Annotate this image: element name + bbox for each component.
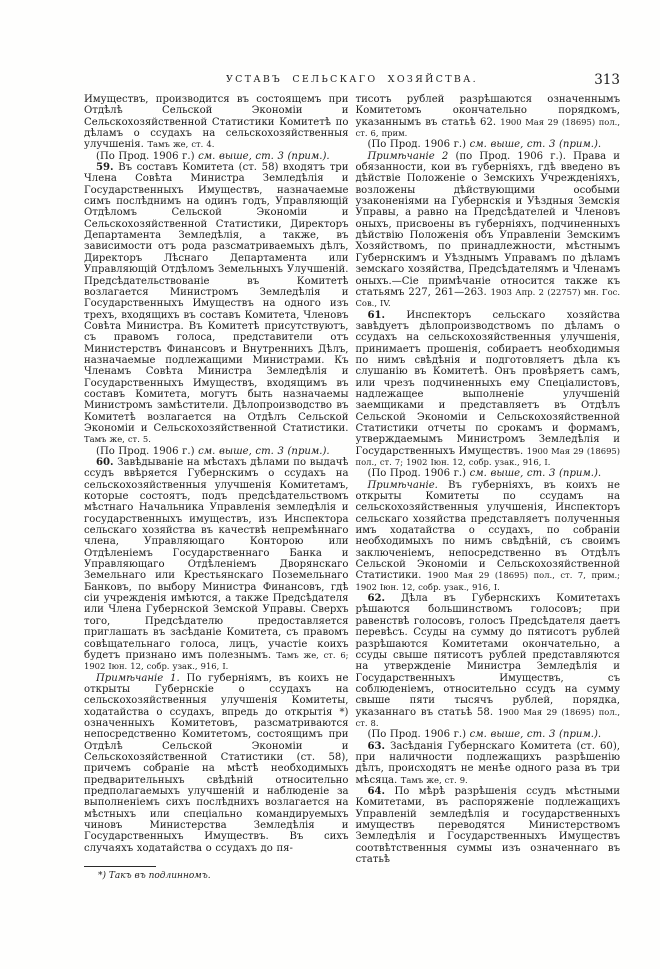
text-run: (По Прод. 1906 г.) <box>368 468 470 479</box>
text-run: Имуществъ, производится въ состоящемъ пр… <box>84 94 349 150</box>
text-run: 61. <box>368 310 386 321</box>
text-run: Тамъ же, ст. 5. <box>84 434 151 444</box>
text-run: Примѣчаніе 1. <box>96 673 180 684</box>
text-run: Засѣданія Губернскаго Комитета (ст. 60),… <box>356 741 621 786</box>
running-title: УСТАВЪ СЕЛЬСКАГО ХОЗЯЙСТВА. <box>84 74 620 85</box>
paragraph: (По Прод. 1906 г.) см. выше, ст. 3 (прим… <box>84 446 349 457</box>
text-run: (По Прод. 1906 г.) <box>96 151 198 162</box>
text-columns: Имуществъ, производится въ состоящемъ пр… <box>84 94 620 865</box>
paragraph: 64. По мѣрѣ разрѣшенія ссудъ мѣстными Ко… <box>356 786 621 865</box>
paragraph: (По Прод. 1906 г.) см. выше, ст. 3 (прим… <box>356 139 621 150</box>
text-run: Въ составъ Комитета (ст. 58) входятъ три… <box>84 162 349 434</box>
text-run: 64. <box>368 786 386 797</box>
page-number: 313 <box>594 72 620 88</box>
text-run: Въ губерніяхъ, въ коихъ не открыты Комит… <box>356 480 621 582</box>
text-run: (По Прод. 1906 г.) <box>368 729 470 740</box>
footnote-text: *) Такъ въ подлинномъ. <box>84 871 348 882</box>
text-run: см. выше, ст. 3 (прим.). <box>470 468 601 479</box>
paragraph: (По Прод. 1906 г.) см. выше, ст. 3 (прим… <box>356 729 621 740</box>
text-run: По губерніямъ, въ коихъ не открыты Губер… <box>84 673 349 854</box>
right-column: тисотъ рублей разрѣшаются означеннымъ Ко… <box>356 94 621 865</box>
text-run: *) Такъ въ подлинномъ. <box>98 871 211 881</box>
paragraph: тисотъ рублей разрѣшаются означеннымъ Ко… <box>356 94 621 139</box>
text-run: 59. <box>96 162 114 173</box>
paragraph: (По Прод. 1906 г.) см. выше, ст. 3 (прим… <box>84 151 349 162</box>
text-run: Примѣчаніе. <box>368 480 438 491</box>
paragraph: 63. Засѣданія Губернскаго Комитета (ст. … <box>356 741 621 786</box>
text-run: Тамъ же, ст. 4. <box>147 139 214 149</box>
paragraph: Примѣчаніе. Въ губерніяхъ, въ коихъ не о… <box>356 480 621 593</box>
footnote-block: *) Такъ въ подлинномъ. <box>84 866 348 882</box>
text-run: 63. <box>368 741 386 752</box>
paragraph: Примѣчаніе 2 (по Прод. 1906 г.). Права и… <box>356 151 621 310</box>
paragraph: 61. Инспекторъ сельскаго хозяйства завѣд… <box>356 310 621 469</box>
text-run: По мѣрѣ разрѣшенія ссудъ мѣстными Комите… <box>356 786 621 865</box>
left-column: Имуществъ, производится въ состоящемъ пр… <box>84 94 349 865</box>
text-run: (По Прод. 1906 г.) <box>368 139 470 150</box>
text-run: Инспекторъ сельскаго хозяйства завѣдуетъ… <box>356 310 621 457</box>
paragraph: 60. Завѣдываніе на мѣстахъ дѣлами по выд… <box>84 457 349 673</box>
paragraph: 59. Въ составъ Комитета (ст. 58) входятъ… <box>84 162 349 446</box>
text-run: см. выше, ст. 3 (прим.). <box>198 446 329 457</box>
paragraph: 62. Дѣла въ Губернскихъ Комитетахъ рѣшаю… <box>356 593 621 729</box>
text-run: (По Прод. 1906 г.) <box>96 446 198 457</box>
text-run: Тамъ же, ст. 9. <box>401 775 468 785</box>
footnote-rule <box>84 866 156 867</box>
paragraph: Имуществъ, производится въ состоящемъ пр… <box>84 94 349 151</box>
text-run: (по Прод. 1906 г.). Права и обязанности,… <box>356 151 621 298</box>
text-run: Примѣчаніе 2 <box>368 151 449 162</box>
text-run: см. выше, ст. 3 (прим.). <box>470 729 601 740</box>
running-head: УСТАВЪ СЕЛЬСКАГО ХОЗЯЙСТВА. 313 <box>84 74 620 90</box>
text-run: Дѣла въ Губернскихъ Комитетахъ рѣшаются … <box>356 593 621 717</box>
text-run: см. выше, ст. 3 (прим.). <box>470 139 601 150</box>
document-page: УСТАВЪ СЕЛЬСКАГО ХОЗЯЙСТВА. 313 Имуществ… <box>0 0 660 969</box>
paragraph: (По Прод. 1906 г.) см. выше, ст. 3 (прим… <box>356 468 621 479</box>
paragraph: Примѣчаніе 1. По губерніямъ, въ коихъ не… <box>84 673 349 855</box>
text-run: 60. <box>96 457 114 468</box>
text-run: Завѣдываніе на мѣстахъ дѣлами по выдачѣ … <box>84 457 349 661</box>
text-run: 62. <box>368 593 386 604</box>
text-run: см. выше, ст. 3 (прим.). <box>198 151 329 162</box>
